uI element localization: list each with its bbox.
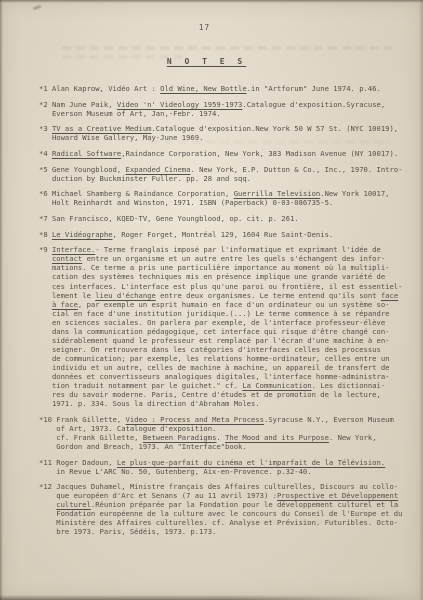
note-marker: *6: [39, 189, 52, 207]
note-text: San Francisco, KQED-TV, Gene Youngblood,…: [52, 214, 299, 223]
note-text: Frank Gillette,: [56, 415, 125, 424]
underlined-text: Le Vidéographe: [52, 230, 113, 239]
note-body: Alan Kaprow, Vidéo Art : Old Wine, New B…: [52, 84, 412, 93]
notes-list: *1Alan Kaprow, Vidéo Art : Old Wine, New…: [39, 84, 412, 543]
note-entry: *9Interface.- Terme franglais imposé par…: [39, 245, 412, 408]
note-text: entre deux organismes. Le terme entend q…: [156, 291, 381, 300]
bleedthrough-artifact: [62, 46, 392, 50]
note-entry: *3TV as a Creative Medium.Catalogue d'ex…: [39, 124, 412, 142]
underlined-text: Old Wine, New Bottle: [160, 84, 247, 93]
document-page: 17 N O T E S *1Alan Kaprow, Vidéo Art : …: [0, 0, 423, 600]
page-number: 17: [0, 23, 409, 32]
note-marker: *4: [39, 149, 52, 158]
note-marker: *8: [39, 230, 52, 239]
scan-artifact-mark: [33, 5, 42, 11]
note-marker: *11: [39, 458, 56, 476]
note-text: , Roger Forget, Montréal 129, 1604 Rue S…: [113, 230, 334, 239]
underlined-text: La Communication: [242, 381, 311, 390]
underlined-text: Le plus-que-parfait du cinéma et l'impar…: [117, 458, 385, 467]
note-body: TV as a Creative Medium.Catalogue d'expo…: [52, 124, 412, 142]
note-entry: *12Jacques Duhamel, Ministre français de…: [39, 482, 412, 536]
underlined-text: Between Paradigms: [143, 433, 217, 442]
scan-edge-bottom: [0, 595, 423, 600]
note-text: Gene Youngblood,: [52, 165, 126, 174]
underlined-text: Video 'n' Videology 1959-1973: [117, 100, 243, 109]
note-entry: *8Le Vidéographe, Roger Forget, Montréal…: [39, 230, 412, 239]
underlined-text: contact: [52, 254, 82, 263]
note-text: .in "Artforum" June 1974. p.46.: [247, 84, 381, 93]
note-entry: *11Roger Dadoun, Le plus-que-parfait du …: [39, 458, 412, 476]
note-text: - Terme franglais imposé par l'informati…: [95, 245, 381, 254]
note-entry: *1Alan Kaprow, Vidéo Art : Old Wine, New…: [39, 84, 412, 93]
underlined-text: lieu d'échange: [95, 291, 156, 300]
note-body: Jacques Duhamel, Ministre français des A…: [56, 482, 412, 536]
underlined-text: Guerrilla Television: [234, 189, 321, 198]
underlined-text: TV as a Creative Medium: [52, 124, 152, 133]
underlined-text: à face: [52, 300, 78, 309]
note-marker: *7: [39, 214, 52, 223]
note-marker: *2: [39, 100, 52, 118]
note-body: Michael Shamberg & Raindance Corporation…: [52, 189, 412, 207]
underlined-text: The Mood and its Purpose: [225, 433, 329, 442]
note-text: ,Raindance Corporation, New York, 383 Ma…: [121, 149, 398, 158]
underlined-text: Radical Software: [52, 149, 121, 158]
underlined-text: face: [381, 291, 398, 300]
note-entry: *6Michael Shamberg & Raindance Corporati…: [39, 189, 412, 207]
underlined-text: Expanded Cinema: [126, 165, 191, 174]
note-body: Roger Dadoun, Le plus-que-parfait du cin…: [56, 458, 412, 476]
underlined-text: Prospective et Développement: [277, 491, 398, 500]
note-marker: *12: [39, 482, 56, 536]
note-body: Frank Gillette, Video : Process and Meta…: [56, 415, 412, 451]
note-text: Alan Kaprow, Vidéo Art :: [52, 84, 160, 93]
note-marker: *9: [39, 245, 52, 408]
note-entry: *7San Francisco, KQED-TV, Gene Youngbloo…: [39, 214, 412, 223]
note-marker: *3: [39, 124, 52, 142]
underlined-text: Interface.: [52, 245, 95, 254]
note-entry: *2Nam June Paik, Video 'n' Videology 195…: [39, 100, 412, 118]
note-marker: *10: [39, 415, 56, 451]
note-body: Le Vidéographe, Roger Forget, Montréal 1…: [52, 230, 412, 239]
note-text: .Réunion préparée par la Fondation pour …: [56, 500, 402, 536]
scan-edge-right: [419, 0, 423, 600]
note-body: Radical Software,Raindance Corporation, …: [52, 149, 412, 158]
note-text: in Revue L'ARC No. 50, Gutenberg, Aix-en…: [56, 467, 311, 476]
note-marker: *1: [39, 84, 52, 93]
notes-heading: N O T E S: [0, 57, 413, 66]
note-text: Michael Shamberg & Raindance Corporation…: [52, 189, 234, 198]
note-text: Nam June Paik,: [52, 100, 117, 109]
scan-edge-left: [0, 0, 3, 600]
note-body: San Francisco, KQED-TV, Gene Youngblood,…: [52, 214, 412, 223]
note-entry: *5Gene Youngblood, Expanded Cinema. New …: [39, 165, 412, 183]
note-entry: *10Frank Gillette, Video : Process and M…: [39, 415, 412, 451]
note-text: Roger Dadoun,: [56, 458, 117, 467]
note-entry: *4Radical Software,Raindance Corporation…: [39, 149, 412, 158]
scan-edge-top: [0, 0, 423, 3]
underlined-text: culturel: [56, 500, 91, 509]
note-body: Interface.- Terme franglais imposé par l…: [52, 245, 412, 408]
note-text: , par exemple un esprit humain en face d…: [52, 300, 390, 390]
note-body: Nam June Paik, Video 'n' Videology 1959-…: [52, 100, 412, 118]
note-marker: *5: [39, 165, 52, 183]
note-text: .: [216, 433, 225, 442]
underlined-text: Video : Process and Meta Process: [126, 415, 264, 424]
note-body: Gene Youngblood, Expanded Cinema. New Yo…: [52, 165, 412, 183]
